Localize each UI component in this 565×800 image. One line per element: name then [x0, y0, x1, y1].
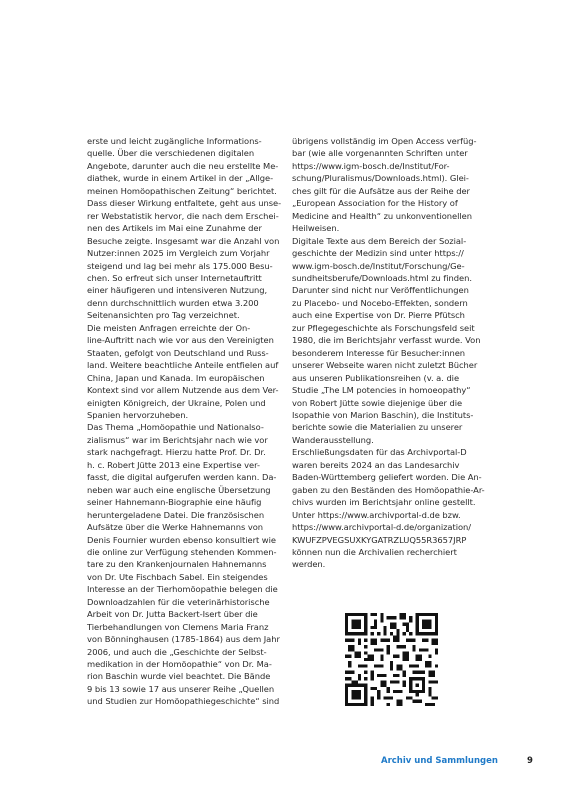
text-line: unserer Webseite waren nicht zuletzt Büc…: [292, 359, 490, 371]
text-line: die online zur Verfügung stehenden Komme…: [87, 546, 285, 558]
text-line: werden.: [292, 558, 490, 570]
text-line: denn durchschnittlich wurden etwa 3.200: [87, 297, 285, 309]
text-line: KWUFZPVEGSUXKYGATRZLUQ55R3657JRP: [292, 534, 490, 546]
text-line: auch eine Expertise von Dr. Pierre Pfüts…: [292, 309, 490, 321]
footer-section-title: Archiv und Sammlungen: [381, 756, 498, 766]
text-line: ches gilt für die Aufsätze aus der Reihe…: [292, 185, 490, 197]
text-line: Spanien hervorzuheben.: [87, 409, 285, 421]
text-line: Das Thema „Homöopathie und Nationalso-: [87, 421, 285, 433]
text-line: https://www.igm-bosch.de/Institut/For-: [292, 160, 490, 172]
text-line: und Studien zur Homöopathiegeschichte“ s…: [87, 695, 285, 707]
qr-code-icon[interactable]: [345, 613, 438, 706]
text-line: Wanderausstellung.: [292, 434, 490, 446]
text-line: von Bönninghausen (1785-1864) aus dem Ja…: [87, 633, 285, 645]
text-line: China, Japan und Kanada. Im europäischen: [87, 372, 285, 384]
left-text-column: erste und leicht zugängliche Information…: [87, 135, 285, 708]
text-line: chivs wurden im Berichtsjahr online gest…: [292, 496, 490, 508]
text-line: aus unseren Publikationsreihen (v. a. di…: [292, 372, 490, 384]
text-line: gaben zu den Beständen des Homöopathie-A…: [292, 484, 490, 496]
text-line: zu Placebo- und Nocebo-Effekten, sondern: [292, 297, 490, 309]
text-line: zur Pflegegeschichte als Forschungsfeld …: [292, 322, 490, 334]
text-line: Heilweisen.: [292, 222, 490, 234]
text-line: chen. So erfreut sich unser Internetauft…: [87, 272, 285, 284]
text-line: „European Association for the History of: [292, 197, 490, 209]
text-line: Besuche zeigte. Insgesamt war die Anzahl…: [87, 235, 285, 247]
text-line: Angebote, darunter auch die neu erstellt…: [87, 160, 285, 172]
text-line: geschichte der Medizin sind unter https:…: [292, 247, 490, 259]
text-line: Aufsätze über die Werke Hahnemanns von: [87, 521, 285, 533]
right-text-column: übrigens vollständig im Open Access verf…: [292, 135, 490, 571]
text-line: heruntergeladene Datei. Die französische…: [87, 509, 285, 521]
text-line: land. Weitere beachtliche Anteile entfie…: [87, 359, 285, 371]
text-line: Baden-Württemberg geliefert worden. Die …: [292, 471, 490, 483]
text-line: besonderem Interesse für Besucher:innen: [292, 347, 490, 359]
text-line: stark nachgefragt. Hierzu hatte Prof. Dr…: [87, 446, 285, 458]
text-line: 9 bis 13 sowie 17 aus unserer Reihe „Que…: [87, 683, 285, 695]
text-line: nen des Artikels im Mai eine Zunahme der: [87, 222, 285, 234]
text-line: 2006, und auch die „Geschichte der Selbs…: [87, 646, 285, 658]
text-line: rer Webstatistik hervor, die nach dem Er…: [87, 210, 285, 222]
text-line: Interesse an der Tierhomöopathie belegen…: [87, 583, 285, 595]
text-line: erste und leicht zugängliche Information…: [87, 135, 285, 147]
text-line: diathek, wurde in einem Artikel in der „…: [87, 172, 285, 184]
text-line: tare zu den Krankenjournalen Hahnemanns: [87, 558, 285, 570]
text-line: Staaten, gefolgt von Deutschland und Rus…: [87, 347, 285, 359]
text-line: Darunter sind nicht nur Veröffentlichung…: [292, 284, 490, 296]
text-line: zialismus“ war im Berichtsjahr nach wie …: [87, 434, 285, 446]
text-line: seiner Hahnemann-Biographie eine häufig: [87, 496, 285, 508]
text-line: Nutzer:innen 2025 im Vergleich zum Vorja…: [87, 247, 285, 259]
text-line: können nun die Archivalien recherchiert: [292, 546, 490, 558]
text-line: sundheitsberufe/Downloads.html zu finden…: [292, 272, 490, 284]
text-line: waren bereits 2024 an das Landesarchiv: [292, 459, 490, 471]
text-line: Digitale Texte aus dem Bereich der Sozia…: [292, 235, 490, 247]
text-line: von Robert Jütte sowie diejenige über di…: [292, 397, 490, 409]
text-line: medikation in der Homöopathie“ von Dr. M…: [87, 658, 285, 670]
text-line: einigten Königreich, der Ukraine, Polen …: [87, 397, 285, 409]
text-line: Downloadzahlen für die veterinärhistoris…: [87, 596, 285, 608]
text-line: quelle. Über die verschiedenen digitalen: [87, 147, 285, 159]
text-line: www.igm-bosch.de/Institut/Forschung/Ge-: [292, 260, 490, 272]
text-line: Dass dieser Wirkung entfaltete, geht aus…: [87, 197, 285, 209]
text-line: https://www.archivportal-d.de/organizati…: [292, 521, 490, 533]
text-line: h. c. Robert Jütte 2013 eine Expertise v…: [87, 459, 285, 471]
text-line: Unter https://www.archivportal-d.de bzw.: [292, 509, 490, 521]
text-line: line-Auftritt nach wie vor aus den Verei…: [87, 334, 285, 346]
text-line: steigend und lag bei mehr als 175.000 Be…: [87, 260, 285, 272]
text-line: Denis Fournier wurden ebenso konsultiert…: [87, 534, 285, 546]
text-line: Kontext sind vor allem Nutzende aus dem …: [87, 384, 285, 396]
text-line: Medicine and Health“ zu unkonventionelle…: [292, 210, 490, 222]
text-line: Arbeit von Dr. Jutta Backert-Isert über …: [87, 608, 285, 620]
text-line: Erschließungsdaten für das Archivportal-…: [292, 446, 490, 458]
text-line: Seitenansichten pro Tag verzeichnet.: [87, 309, 285, 321]
text-line: meinen Homöopathischen Zeitung“ berichte…: [87, 185, 285, 197]
text-line: Die meisten Anfragen erreichte der On-: [87, 322, 285, 334]
text-line: neben war auch eine englische Übersetzun…: [87, 484, 285, 496]
text-line: einer häufigeren und intensiveren Nutzun…: [87, 284, 285, 296]
text-line: bar (wie alle vorgenannten Schriften unt…: [292, 147, 490, 159]
text-line: rion Baschin wurde viel beachtet. Die Bä…: [87, 670, 285, 682]
text-line: fasst, die digital aufgerufen werden kan…: [87, 471, 285, 483]
text-line: schung/Pluralismus/Downloads.html). Glei…: [292, 172, 490, 184]
text-line: Tierbehandlungen von Clemens Maria Franz: [87, 621, 285, 633]
text-line: von Dr. Ute Fischbach Sabel. Ein steigen…: [87, 571, 285, 583]
text-line: Isopathie von Marion Baschin), die Insti…: [292, 409, 490, 421]
text-line: berichte sowie die Materialien zu unsere…: [292, 421, 490, 433]
text-line: 1980, die im Berichtsjahr verfasst wurde…: [292, 334, 490, 346]
text-line: übrigens vollständig im Open Access verf…: [292, 135, 490, 147]
page-number: 9: [527, 756, 533, 766]
text-line: Studie „The LM potencies in homoeopathy“: [292, 384, 490, 396]
